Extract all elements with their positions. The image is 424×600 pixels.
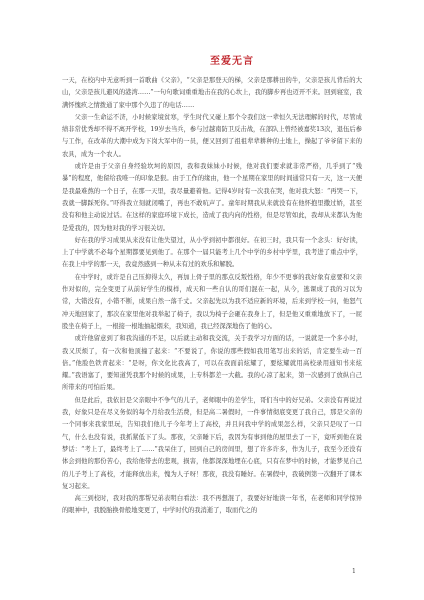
paragraph-8: 高三到校时，我对我的那帮兄弟表明白看法：我不再想混了，我要好好地读一年书，在老师… [62, 493, 362, 518]
paragraph-5: 在中学时，或许是自己压抑得太久，再加上骨子里的那点反叛性格，年少不更事的我好象有… [62, 272, 362, 333]
paragraph-4: 好在我的学习成果从来没有让他失望过，从小学到初中都很好。在初三时，我只有一个念头… [62, 235, 362, 272]
paragraph-3: 或许是由于父亲自身经验坎坷的原因，我和我妹妹小时候，他对我们要求就非常严格，几乎… [62, 161, 362, 235]
page-number: 1 [352, 568, 356, 575]
paragraph-7: 但是此后，我依旧是父亲眼中不争气的儿子，老师眼中的差学生，哥们当中的好兄弟。父亲… [62, 395, 362, 493]
paragraph-6: 或许他留意到了和我沟通的不足，以后就主动和我交流，关于我学习方面的话，一说就是一… [62, 333, 362, 394]
document-title: 至爱无言 [62, 55, 362, 69]
document-page: 至爱无言 一天，在校内中无意听到一首歌曲《父亲》，“父亲是那登天的梯，父亲是那耕… [62, 55, 362, 518]
paragraph-1: 一天，在校内中无意听到一首歌曲《父亲》，“父亲是那登天的梯，父亲是那耕田的牛，父… [62, 75, 362, 112]
paragraph-2: 父亲一生命运不济，小时候家境贫寒，学生时代又碰上那个令我们这一辈恒久无法理解的时… [62, 112, 362, 161]
